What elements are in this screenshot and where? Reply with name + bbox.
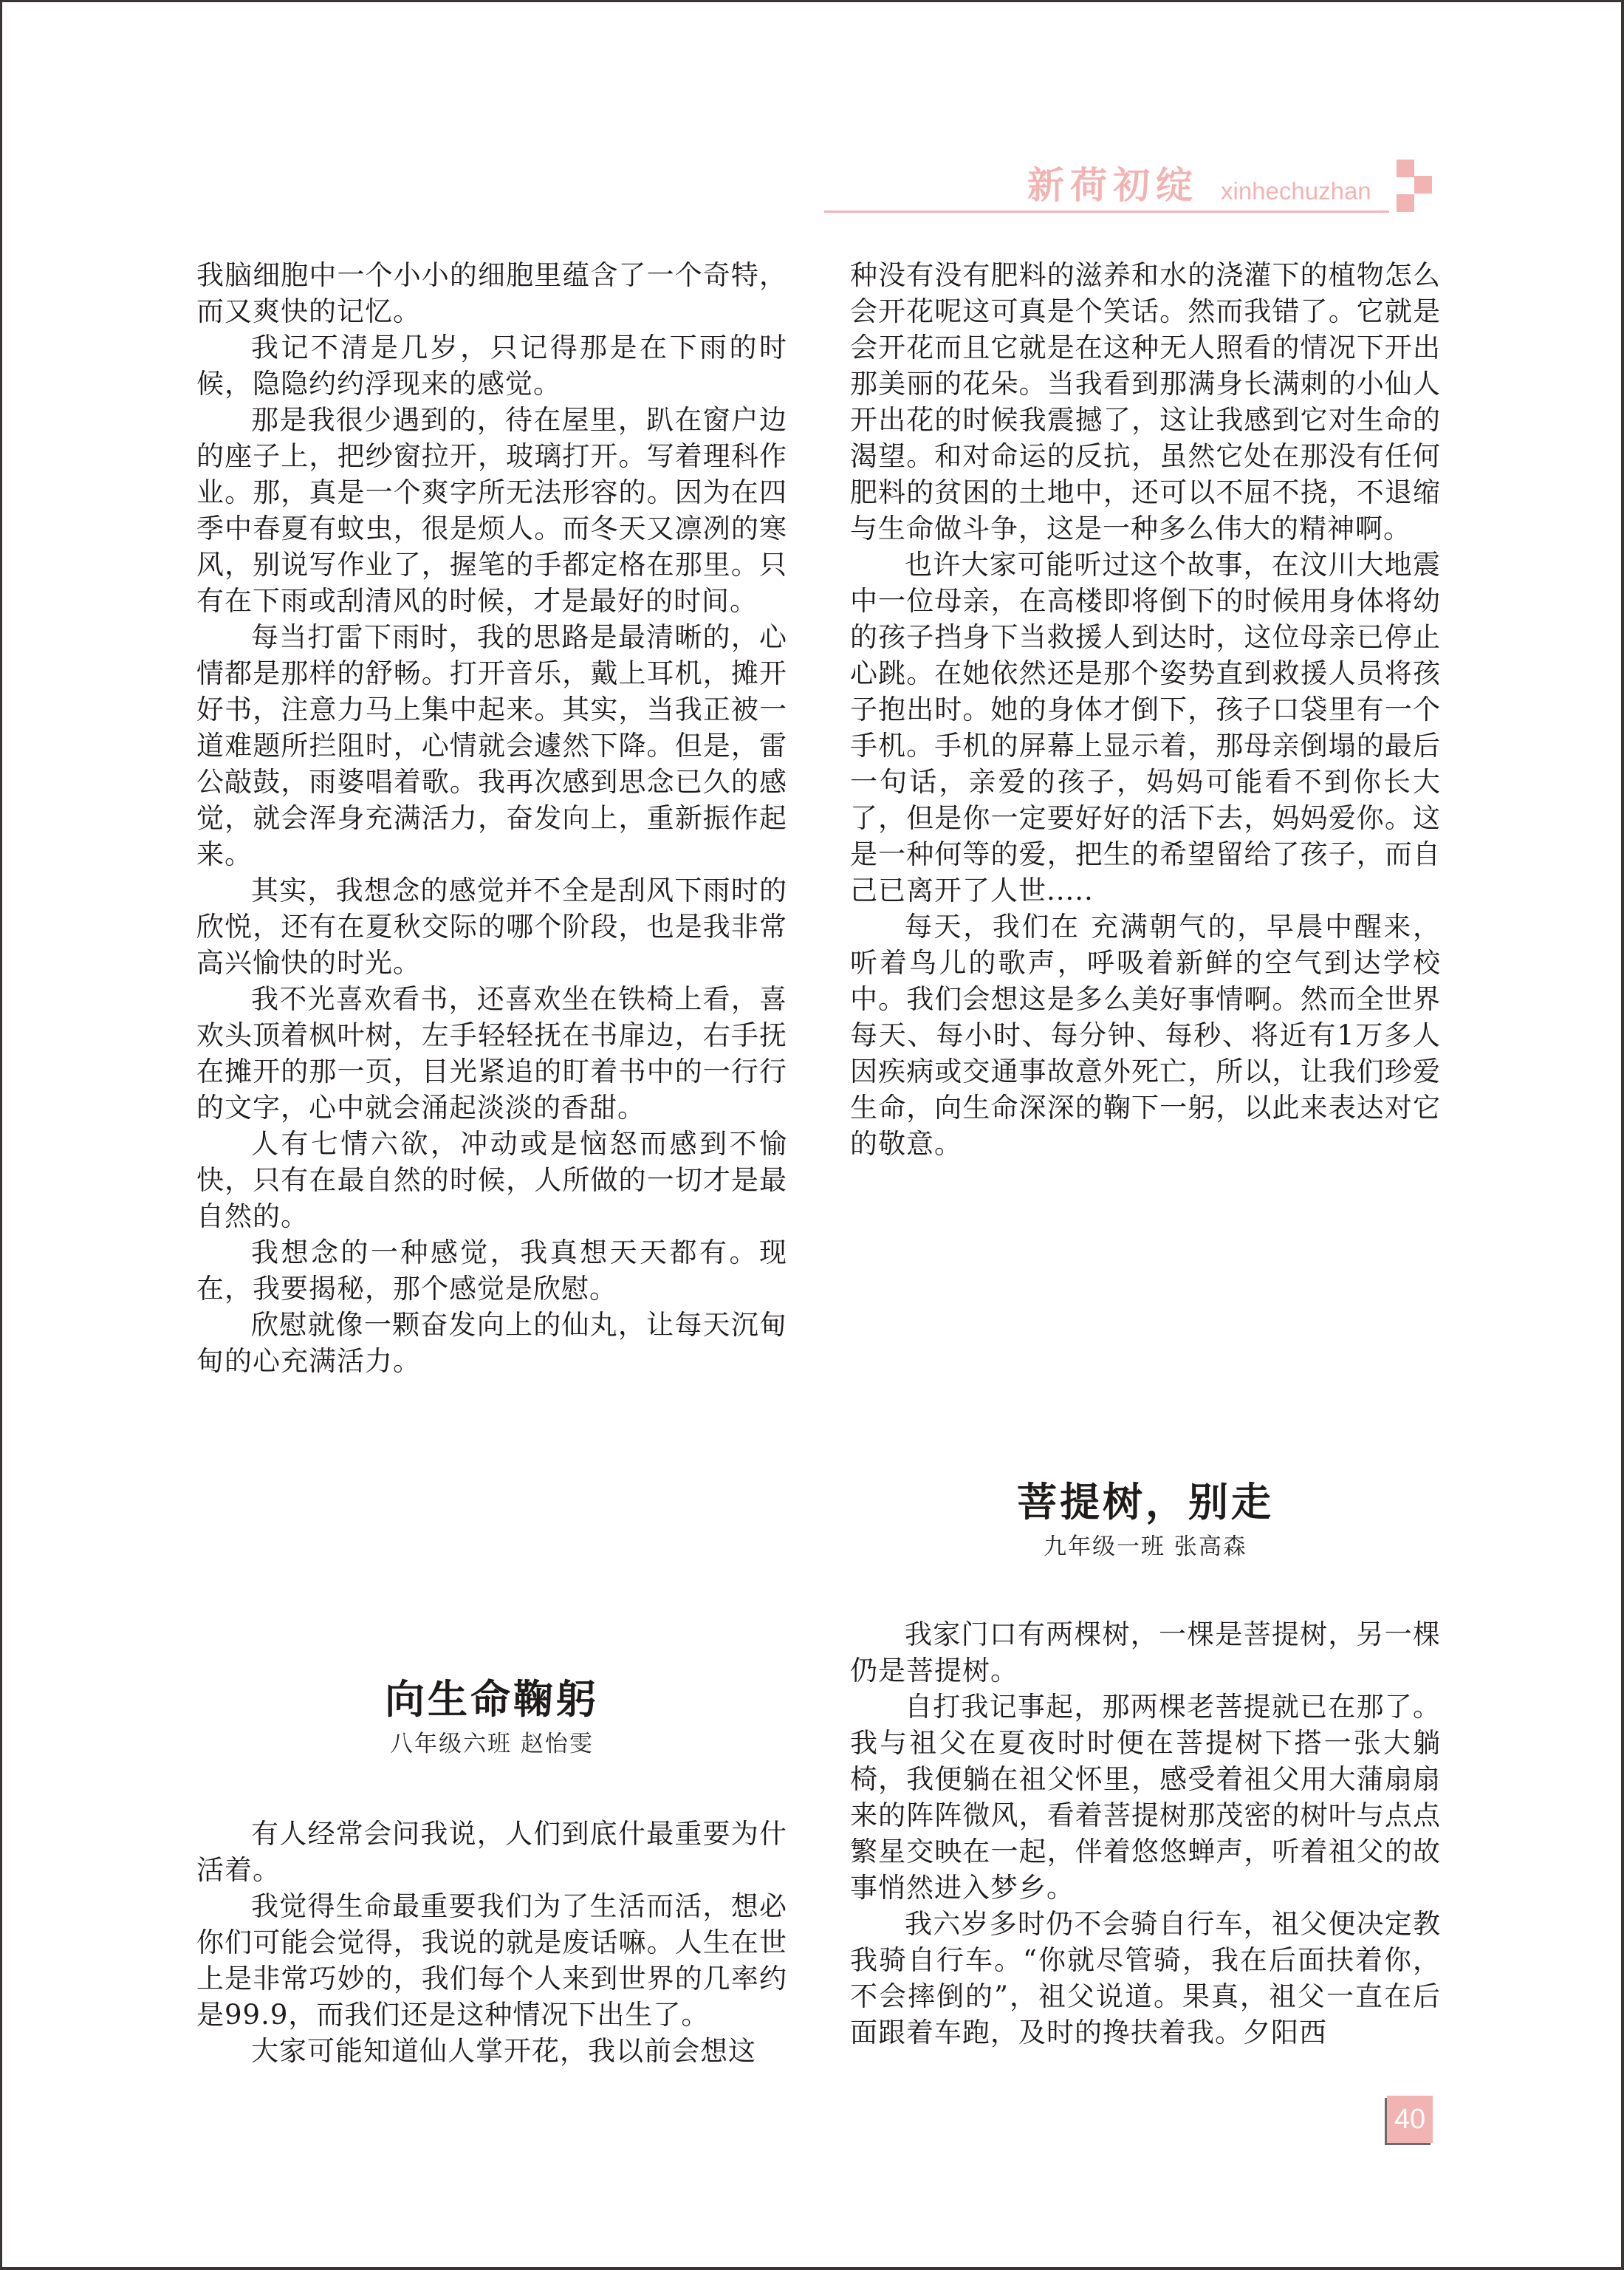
article-life-header: 向生命鞠躬 八年级六班 赵怡雯 [196,1673,787,1760]
paragraph: 我六岁多时仍不会骑自行车，祖父便决定教我骑自行车。“你就尽管骑，我在后面扶着你，… [850,1906,1441,2051]
header-underline [824,211,1389,213]
section-header: 新荷初绽 xinhechuzhan [824,157,1437,216]
right-column-continued-article: 种没有没有肥料的滋养和水的浇灌下的植物怎么会开花呢这可真是个笑话。然而我错了。它… [850,257,1441,1162]
article-title: 向生命鞠躬 [196,1673,787,1725]
decor-square-icon [1397,194,1414,212]
section-title: 新荷初绽 [1027,163,1199,208]
section-pinyin: xinhechuzhan [1221,177,1371,206]
article-byline: 八年级六班 赵怡雯 [196,1728,787,1760]
paragraph: 也许大家可能听过这个故事，在汶川大地震中一位母亲，在高楼即将倒下的时候用身体将幼… [850,547,1441,909]
article-life-body: 有人经常会问我说，人们到底什最重要为什活着。 我觉得生命最重要我们为了生活而活，… [196,1816,787,2069]
article-bodhi-header: 菩提树，别走 九年级一班 张高森 [850,1476,1441,1563]
paragraph: 人有七情六欲，冲动或是恼怒而感到不愉快，只有在最自然的时候，人所做的一切才是最自… [196,1126,787,1234]
article-byline: 九年级一班 张高森 [850,1531,1441,1563]
article-bodhi-body: 我家门口有两棵树，一棵是菩提树，另一棵仍是菩提树。 自打我记事起，那两棵老菩提就… [850,1616,1441,2051]
paragraph: 每天，我们在 充满朝气的，早晨中醒来，听着鸟儿的歌声，呼吸着新鲜的空气到达学校中… [850,909,1441,1162]
paragraph: 欣慰就像一颗奋发向上的仙丸，让每天沉甸甸的心充满活力。 [196,1307,787,1379]
magazine-page: 新荷初绽 xinhechuzhan 我脑细胞中一个小小的细胞里蕴含了一个奇特，而… [0,0,1624,2270]
paragraph: 每当打雷下雨时，我的思路是最清晰的，心情都是那样的舒畅。打开音乐，戴上耳机，摊开… [196,619,787,872]
paragraph: 我家门口有两棵树，一棵是菩提树，另一棵仍是菩提树。 [850,1616,1441,1689]
paragraph: 自打我记事起，那两棵老菩提就已在那了。我与祖父在夏夜时时便在菩提树下搭一张大躺椅… [850,1689,1441,1906]
left-column-continued-article: 我脑细胞中一个小小的细胞里蕴含了一个奇特，而又爽快的记忆。 我记不清是几岁，只记… [196,257,787,1379]
article-title: 菩提树，别走 [850,1476,1441,1528]
paragraph: 那是我很少遇到的，待在屋里，趴在窗户边的座子上，把纱窗拉开，玻璃打开。写着理科作… [196,402,787,619]
paragraph: 我不光喜欢看书，还喜欢坐在铁椅上看，喜欢头顶着枫叶树，左手轻轻抚在书扉边，右手抚… [196,981,787,1126]
paragraph: 我想念的一种感觉，我真想天天都有。现在，我要揭秘，那个感觉是欣慰。 [196,1234,787,1307]
paragraph: 大家可能知道仙人掌开花，我以前会想这 [196,2033,787,2069]
decor-square-icon [1414,176,1432,194]
decor-square-icon [1397,160,1414,177]
paragraph: 我脑细胞中一个小小的细胞里蕴含了一个奇特，而又爽快的记忆。 [196,257,787,329]
paragraph: 有人经常会问我说，人们到底什最重要为什活着。 [196,1816,787,1888]
paragraph: 其实，我想念的感觉并不全是刮风下雨时的欣悦，还有在夏秋交际的哪个阶段，也是我非常… [196,872,787,981]
paragraph: 我觉得生命最重要我们为了生活而活，想必你们可能会觉得，我说的就是废话嘛。人生在世… [196,1888,787,2033]
page-number: 40 [1387,2096,1433,2143]
paragraph: 我记不清是几岁，只记得那是在下雨的时候，隐隐约约浮现来的感觉。 [196,329,787,402]
paragraph: 种没有没有肥料的滋养和水的浇灌下的植物怎么会开花呢这可真是个笑话。然而我错了。它… [850,257,1441,547]
